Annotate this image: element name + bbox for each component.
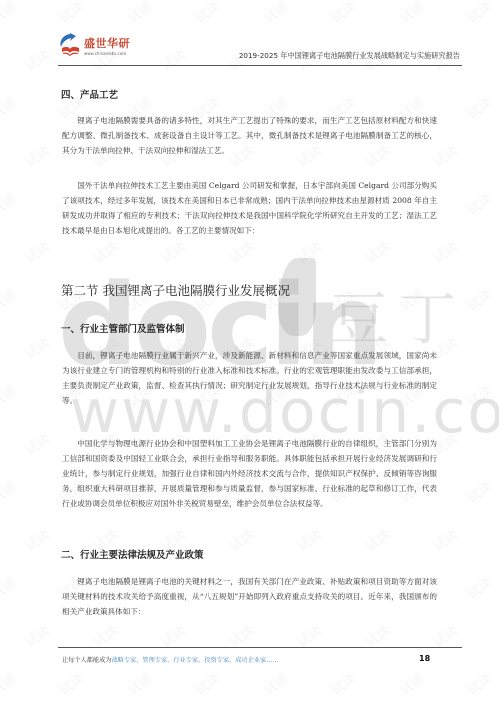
logo-name: 盛世华研 xyxy=(84,35,130,51)
page-number: 18 xyxy=(419,654,430,663)
footer-slogan-prefix: 让每个人都能成为 xyxy=(62,657,112,664)
heading-product-process: 四、产品工艺 xyxy=(61,87,118,101)
heading-laws-policies: 二、行业主要法律法规及产业政策 xyxy=(61,547,204,561)
paragraph: 中国化学与物理电源行业协会和中国塑料加工工业协会是锂离子电池隔膜行业的自律组织，… xyxy=(62,436,437,511)
footer-slogan: 让每个人都能成为战略专家、管理专家、行业专家、投资专家、成功企业家…… xyxy=(62,655,279,664)
heading-regulators: 一、行业主管部门及监管体制 xyxy=(61,321,185,335)
page-header: 盛世华研 www.chinaresbs.com 2019-2025 年中国锂离子… xyxy=(58,30,460,64)
paragraph: 锂离子电池隔膜需要具备的诸多特性，对其生产工艺提出了特殊的要求，而生产工艺包括原… xyxy=(62,113,437,158)
footer-slogan-highlight: 战略专家、管理专家、行业专家、投资专家、成功企业家…… xyxy=(112,657,279,664)
document-page: docin 豆丁 www.docin.com 试读试读试读试读试读试读试读试读试… xyxy=(0,0,499,706)
paragraph: 锂离子电池隔膜是锂离子电池的关键材料之一，我国有关部门在产业政策、补贴政策和项目… xyxy=(62,574,437,619)
report-title: 2019-2025 年中国锂离子电池隔膜行业发展战略制定与实施研究报告 xyxy=(239,51,460,61)
paragraph: 目前，锂离子电池隔膜行业属于新兴产业，涉及新能源、新材料和信息产业等国家重点发展… xyxy=(62,348,437,408)
paragraph: 国外干法单向拉伸技术工艺主要由美国 Celgard 公司研发和掌握，日本宇部向美… xyxy=(62,178,437,238)
logo-url: www.chinaresbs.com xyxy=(84,51,126,56)
header-divider xyxy=(58,65,462,66)
logo-book-swoosh-icon xyxy=(58,32,82,58)
footer-divider xyxy=(58,647,462,648)
company-logo: 盛世华研 www.chinaresbs.com xyxy=(58,32,153,60)
chapter-heading: 第二节 我国锂离子电池隔膜行业发展概况 xyxy=(61,281,290,299)
